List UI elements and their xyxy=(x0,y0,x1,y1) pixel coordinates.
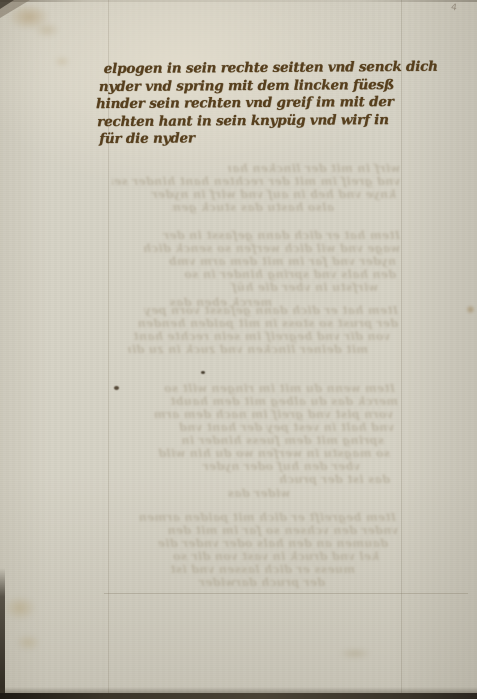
ruling-line-bottom xyxy=(104,593,468,594)
folio-mark: 4 xyxy=(450,3,457,14)
showthrough-line: Item hat er dich dann gefasst vorn pey xyxy=(118,305,398,318)
showthrough-line: merck eben das xyxy=(150,297,272,310)
showthrough-line: vnd greif im mit der rechten hant hinder… xyxy=(112,176,400,189)
showthrough-line: kel vnd druck in vast von dir so xyxy=(124,551,379,564)
text-line-5: für die nyder xyxy=(99,129,401,149)
showthrough-line: das ist der pruch xyxy=(250,474,390,487)
showthrough-line: knye vnd heb in auf vnd wirf in nyder xyxy=(138,189,396,202)
showthrough-line: wirfstu in vber die hüf xyxy=(130,282,378,295)
showthrough-line: vnd halt in vest pey der hant vnd xyxy=(112,422,394,435)
showthrough-line: vber den huf oder nyder xyxy=(130,461,360,474)
text-line-1: elpogen in sein rechte seitten vnd senck… xyxy=(104,59,401,79)
stain-left-small xyxy=(54,56,70,67)
showthrough-line: vorn pist vnd greif im nach dem arm xyxy=(118,409,393,422)
stain-bottom-mid xyxy=(340,648,370,659)
showthrough-line: mit deiner lincken vnd zuck in zu dir xyxy=(128,344,368,357)
showthrough-line: den hals vnd spring hinder in so xyxy=(112,269,396,282)
showthrough-line: der prust so stoss in mit paiden henden xyxy=(112,318,398,331)
showthrough-line: merck das du albeg mit dem haubt xyxy=(112,396,398,409)
ink-dot xyxy=(201,371,205,374)
text-line-3: hinder sein rechten vnd greif im mit der xyxy=(96,94,401,114)
page-edge-top xyxy=(0,0,477,2)
ink-dot xyxy=(114,386,119,390)
showthrough-line: wider das xyxy=(170,488,290,501)
stain-top-left-2 xyxy=(34,22,60,38)
showthrough-line: Item wenn du mit im ringen wilt so xyxy=(115,383,395,396)
showthrough-line: nyder vnd far im mit dem arm vmb xyxy=(120,256,396,269)
showthrough-line: spring mit dem fuess hinder in xyxy=(124,435,384,448)
showthrough-line: muess er dich lassen vnd ist xyxy=(135,564,355,577)
page-edge-left-bottom xyxy=(0,568,5,699)
showthrough-line: Item begreift er dich mit paiden armen xyxy=(118,512,396,525)
stain-bottom-left-2 xyxy=(16,634,40,651)
showthrough-line: also hastu das stuck gemacht xyxy=(172,202,334,215)
showthrough-line: von dir vnd begreif im sein rechte hant xyxy=(120,331,390,344)
text-block: elpogen in sein rechte seitten vnd senck… xyxy=(99,59,402,149)
text-line-2: nyder vnd spring mit dem lincken füesß xyxy=(99,77,401,97)
ruling-line-right xyxy=(401,0,402,699)
showthrough-line: wage vnd wil dich werfen so senck dich xyxy=(112,243,400,256)
showthrough-line: vnder den vchsen so far im mit den xyxy=(112,525,398,538)
showthrough-line: der pruch darwider xyxy=(145,577,325,590)
showthrough-line: daumen an den hals oder vnder die xyxy=(118,538,388,551)
showthrough-line: Item hat er dich dann gefasst in der xyxy=(118,230,400,243)
stain-right-spot xyxy=(466,305,475,314)
showthrough-line: wirf in mit der lincken hant pey dem xyxy=(228,163,400,176)
stain-bottom-left-1 xyxy=(4,596,36,620)
page-edge-bottom xyxy=(0,693,477,699)
showthrough-line: so magstu in werfen wo du hin wild xyxy=(112,448,390,461)
text-line-4: rechten hant in sein knypüg vnd wirf in xyxy=(97,112,401,132)
manuscript-page-photo: wirf in mit der lincken hant pey demvnd … xyxy=(0,0,477,699)
